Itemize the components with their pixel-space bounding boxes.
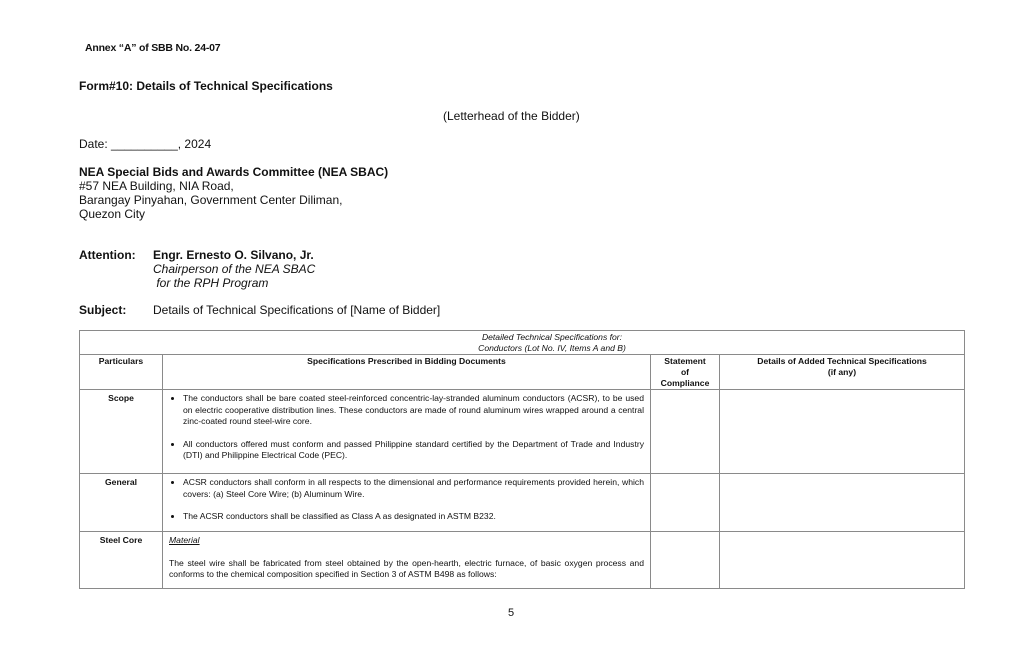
attention-name: Engr. Ernesto O. Silvano, Jr. bbox=[153, 248, 315, 262]
technical-specifications-table: Detailed Technical Specifications for: C… bbox=[79, 330, 965, 589]
recipient-address-block: NEA Special Bids and Awards Committee (N… bbox=[79, 165, 388, 221]
header-particulars: Particulars bbox=[80, 355, 163, 390]
specification-cell: The conductors shall be bare coated stee… bbox=[163, 390, 651, 474]
spec-paragraph: The steel wire shall be fabricated from … bbox=[169, 558, 644, 581]
table-header-row: Particulars Specifications Prescribed in… bbox=[80, 355, 965, 390]
header-line: Statement bbox=[664, 356, 706, 366]
caption-line: Detailed Technical Specifications for: bbox=[482, 332, 622, 342]
added-specs-cell[interactable] bbox=[720, 474, 965, 532]
compliance-cell[interactable] bbox=[651, 474, 720, 532]
header-line: Compliance bbox=[661, 378, 710, 388]
recipient-org: NEA Special Bids and Awards Committee (N… bbox=[79, 165, 388, 179]
spec-bullet: The ACSR conductors shall be classified … bbox=[183, 511, 644, 523]
header-line: (if any) bbox=[828, 367, 856, 377]
attention-label: Attention: bbox=[79, 248, 136, 262]
address-line: Barangay Pinyahan, Government Center Dil… bbox=[79, 193, 388, 207]
subject-text: Details of Technical Specifications of [… bbox=[153, 303, 440, 317]
particular-cell: Steel Core bbox=[80, 532, 163, 589]
header-added-specs: Details of Added Technical Specification… bbox=[720, 355, 965, 390]
table-row: General ACSR conductors shall conform in… bbox=[80, 474, 965, 532]
header-compliance: Statement of Compliance bbox=[651, 355, 720, 390]
spec-subheading: Material bbox=[169, 535, 644, 547]
attention-title: Chairperson of the NEA SBAC bbox=[153, 262, 315, 276]
attention-title: for the RPH Program bbox=[153, 276, 315, 290]
table-caption-row: Detailed Technical Specifications for: C… bbox=[80, 331, 965, 355]
caption-line: Conductors (Lot No. IV, Items A and B) bbox=[478, 343, 626, 353]
added-specs-cell[interactable] bbox=[720, 390, 965, 474]
address-line: Quezon City bbox=[79, 207, 388, 221]
added-specs-cell[interactable] bbox=[720, 532, 965, 589]
specification-cell: ACSR conductors shall conform in all res… bbox=[163, 474, 651, 532]
spec-bullet-list: The conductors shall be bare coated stee… bbox=[169, 393, 644, 462]
table-caption: Detailed Technical Specifications for: C… bbox=[80, 331, 965, 355]
header-specifications: Specifications Prescribed in Bidding Doc… bbox=[163, 355, 651, 390]
compliance-cell[interactable] bbox=[651, 390, 720, 474]
spec-bullet: The conductors shall be bare coated stee… bbox=[183, 393, 644, 428]
specification-cell: Material The steel wire shall be fabrica… bbox=[163, 532, 651, 589]
particular-cell: General bbox=[80, 474, 163, 532]
header-line: Details of Added Technical Specification… bbox=[757, 356, 927, 366]
letterhead-placeholder: (Letterhead of the Bidder) bbox=[443, 109, 580, 123]
annex-label: Annex “A” of SBB No. 24-07 bbox=[85, 42, 220, 54]
date-line: Date: __________, 2024 bbox=[79, 137, 211, 151]
spec-bullet-list: ACSR conductors shall conform in all res… bbox=[169, 477, 644, 523]
page-number: 5 bbox=[508, 607, 514, 619]
particular-cell: Scope bbox=[80, 390, 163, 474]
form-title: Form#10: Details of Technical Specificat… bbox=[79, 79, 333, 93]
table-row: Steel Core Material The steel wire shall… bbox=[80, 532, 965, 589]
address-line: #57 NEA Building, NIA Road, bbox=[79, 179, 388, 193]
subject-label: Subject: bbox=[79, 303, 126, 317]
table-row: Scope The conductors shall be bare coate… bbox=[80, 390, 965, 474]
spec-bullet: ACSR conductors shall conform in all res… bbox=[183, 477, 644, 500]
attention-block: Engr. Ernesto O. Silvano, Jr. Chairperso… bbox=[153, 248, 315, 290]
spec-bullet: All conductors offered must conform and … bbox=[183, 439, 644, 462]
compliance-cell[interactable] bbox=[651, 532, 720, 589]
header-line: of bbox=[681, 367, 689, 377]
